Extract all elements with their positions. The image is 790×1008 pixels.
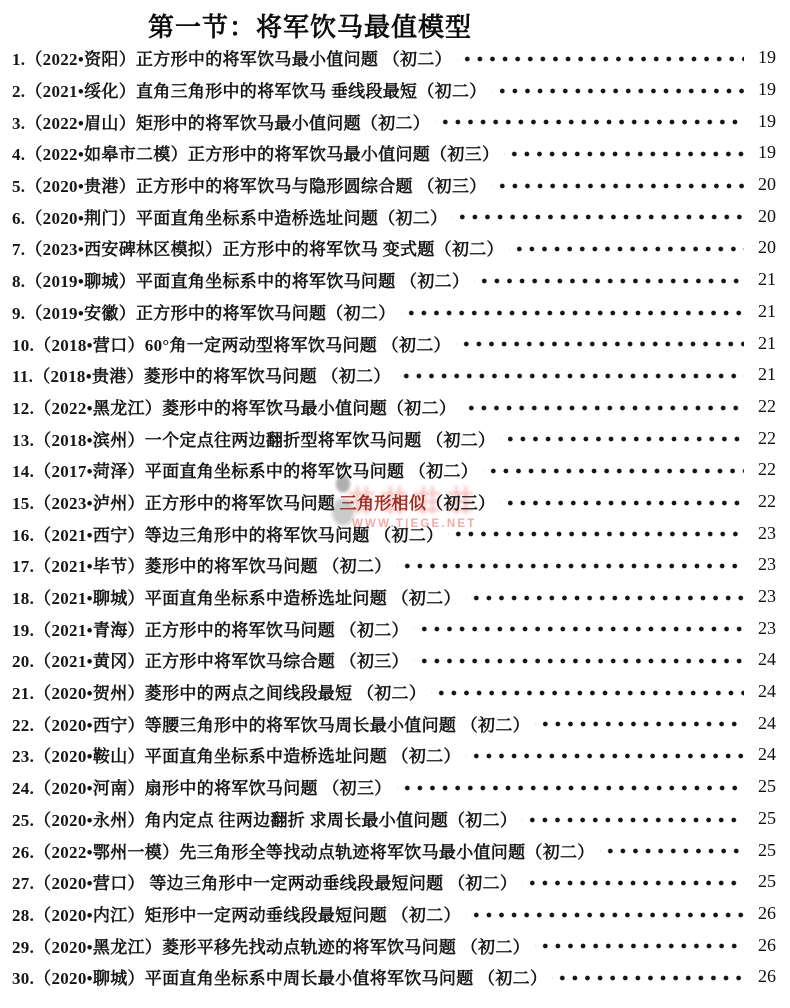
toc-entry: 25.（2020•永州）角内定点 往两边翻折 求周长最小值问题（初二）25 [12, 803, 776, 835]
page-number: 25 [750, 871, 776, 892]
toc-entry: 13.（2018•滨州）一个定点往两边翻折型将军饮马问题 （初二）22 [12, 422, 776, 454]
leader-dots [456, 327, 744, 359]
leader-dots [483, 454, 744, 486]
toc-entry: 2.（2021•绥化）直角三角形中的将军饮马 垂线段最短（初二）19 [12, 74, 776, 106]
toc-entry: 1.（2022•资阳）正方形中的将军饮马最小值问题 （初二）19 [12, 42, 776, 74]
leader-dots [396, 359, 744, 391]
page-number: 21 [750, 301, 776, 322]
toc-entry-text: 18.（2021•聊城）平面直角坐标系中造桥选址问题 （初二） [12, 584, 461, 609]
page-number: 21 [750, 364, 776, 385]
page-number: 22 [750, 459, 776, 480]
toc-entry: 16.（2021•西宁）等边三角形中的将军饮马问题 （初二）23 [12, 517, 776, 549]
toc-entry: 11.（2018•贵港）菱形中的将军饮马问题 （初二）21 [12, 359, 776, 391]
leader-dots [461, 391, 744, 423]
toc-entry: 4.（2022•如皋市二模）正方形中的将军饮马最小值问题（初三）19 [12, 137, 776, 169]
leader-dots [535, 707, 744, 739]
toc-entry: 18.（2021•聊城）平面直角坐标系中造桥选址问题 （初二）23 [12, 581, 776, 613]
toc-entry-text: 6.（2020•荆门）平面直角坐标系中造桥选址问题（初二） [12, 204, 447, 229]
toc-entry-text: 10.（2018•营口）60°角一定两动型将军饮马问题 （初二） [12, 331, 451, 356]
toc-page: 第一节：将军饮马最值模型 1.（2022•资阳）正方形中的将军饮马最小值问题 （… [0, 0, 790, 1008]
leader-dots [466, 581, 744, 613]
leader-dots [414, 612, 744, 644]
leader-dots [397, 771, 744, 803]
page-number: 24 [750, 681, 776, 702]
toc-entry-text: 17.（2021•毕节）菱形中的将军饮马问题 （初二） [12, 552, 392, 577]
leader-dots [457, 42, 744, 74]
page-number: 19 [750, 79, 776, 100]
leader-dots [522, 803, 744, 835]
toc-entry-text: 25.（2020•永州）角内定点 往两边翻折 求周长最小值问题（初二） [12, 806, 517, 831]
page-number: 20 [750, 237, 776, 258]
page-number: 21 [750, 269, 776, 290]
page-number: 22 [750, 491, 776, 512]
page-number: 26 [750, 903, 776, 924]
page-number: 24 [750, 713, 776, 734]
toc-entry: 10.（2018•营口）60°角一定两动型将军饮马问题 （初二）21 [12, 327, 776, 359]
page-number: 25 [750, 776, 776, 797]
toc-entry-text: 4.（2022•如皋市二模）正方形中的将军饮马最小值问题（初三） [12, 140, 499, 165]
toc-entry-text: 22.（2020•西宁）等腰三角形中的将军饮马周长最小值问题 （初二） [12, 711, 530, 736]
toc-entry-text: 23.（2020•鞍山）平面直角坐标系中造桥选址问题 （初二） [12, 742, 461, 767]
toc-list: 1.（2022•资阳）正方形中的将军饮马最小值问题 （初二）192.（2021•… [0, 42, 790, 993]
leader-dots [435, 105, 744, 137]
toc-entry-text: 19.（2021•青海）正方形中的将军饮马问题 （初二） [12, 616, 409, 641]
toc-entry-text: 12.（2022•黑龙江）菱形中的将军饮马最小值问题（初二） [12, 394, 456, 419]
leader-dots [474, 264, 744, 296]
leader-dots [535, 929, 744, 961]
page-number: 23 [750, 618, 776, 639]
toc-entry: 14.（2017•菏泽）平面直角坐标系中的将军饮马问题 （初二）22 [12, 454, 776, 486]
toc-entry-text: 24.（2020•河南）扇形中的将军饮马问题 （初三） [12, 774, 392, 799]
toc-entry-text: 16.（2021•西宁）等边三角形中的将军饮马问题 （初二） [12, 521, 443, 546]
leader-dots [600, 834, 744, 866]
toc-entry: 20.（2021•黄冈）正方形中将军饮马综合题 （初三）24 [12, 644, 776, 676]
page-number: 26 [750, 966, 776, 987]
page-number: 23 [750, 523, 776, 544]
leader-dots [492, 74, 744, 106]
page-number: 23 [750, 554, 776, 575]
toc-entry: 28.（2020•内江）矩形中一定两动垂线段最短问题 （初二）26 [12, 898, 776, 930]
page-number: 24 [750, 744, 776, 765]
toc-entry: 17.（2021•毕节）菱形中的将军饮马问题 （初二）23 [12, 549, 776, 581]
toc-entry: 29.（2020•黑龙江）菱形平移先找动点轨迹的将军饮马问题 （初二）26 [12, 929, 776, 961]
page-number: 26 [750, 935, 776, 956]
leader-dots [397, 549, 744, 581]
toc-entry-text: 14.（2017•菏泽）平面直角坐标系中的将军饮马问题 （初二） [12, 457, 478, 482]
toc-entry-text: 28.（2020•内江）矩形中一定两动垂线段最短问题 （初二） [12, 901, 461, 926]
toc-entry-text: 29.（2020•黑龙江）菱形平移先找动点轨迹的将军饮马问题 （初二） [12, 933, 530, 958]
page-number: 21 [750, 333, 776, 354]
leader-dots [401, 296, 744, 328]
leader-dots [500, 486, 744, 518]
leader-dots [492, 169, 744, 201]
toc-entry-text: 21.（2020•贺州）菱形中的两点之间线段最短 （初二） [12, 679, 426, 704]
leader-dots [452, 200, 744, 232]
toc-entry: 30.（2020•聊城）平面直角坐标系中周长最小值将军饮马问题 （初二）26 [12, 961, 776, 993]
toc-entry-text: 30.（2020•聊城）平面直角坐标系中周长最小值将军饮马问题 （初二） [12, 964, 547, 989]
leader-dots [504, 137, 744, 169]
toc-entry-text: 5.（2020•贵港）正方形中的将军饮马与隐形圆综合题 （初三） [12, 172, 487, 197]
toc-entry: 21.（2020•贺州）菱形中的两点之间线段最短 （初二）24 [12, 676, 776, 708]
page-number: 20 [750, 174, 776, 195]
leader-dots [522, 866, 744, 898]
toc-entry-text: 20.（2021•黄冈）正方形中将军饮马综合题 （初三） [12, 647, 409, 672]
leader-dots [500, 422, 744, 454]
toc-entry: 3.（2022•眉山）矩形中的将军饮马最小值问题（初二）19 [12, 105, 776, 137]
toc-entry: 8.（2019•聊城）平面直角坐标系中的将军饮马问题 （初二）21 [12, 264, 776, 296]
leader-dots [509, 232, 744, 264]
toc-entry-text: 7.（2023•西安碑林区模拟）正方形中的将军饮马 变式题（初二） [12, 235, 504, 260]
page-number: 25 [750, 840, 776, 861]
page-number: 19 [750, 47, 776, 68]
toc-entry-text: 13.（2018•滨州）一个定点往两边翻折型将军饮马问题 （初二） [12, 426, 495, 451]
toc-entry-text: 26.（2022•鄂州一模）先三角形全等找动点轨迹将军饮马最小值问题（初二） [12, 838, 595, 863]
leader-dots [431, 676, 744, 708]
page-number: 22 [750, 396, 776, 417]
leader-dots [466, 898, 744, 930]
toc-entry-text: 1.（2022•资阳）正方形中的将军饮马最小值问题 （初二） [12, 45, 452, 70]
toc-entry: 26.（2022•鄂州一模）先三角形全等找动点轨迹将军饮马最小值问题（初二）25 [12, 834, 776, 866]
page-number: 24 [750, 649, 776, 670]
page-title: 第一节：将军饮马最值模型 [0, 0, 790, 44]
toc-entry-text: 8.（2019•聊城）平面直角坐标系中的将军饮马问题 （初二） [12, 267, 469, 292]
page-number: 20 [750, 206, 776, 227]
toc-entry-text: 2.（2021•绥化）直角三角形中的将军饮马 垂线段最短（初二） [12, 77, 487, 102]
toc-entry-text: 3.（2022•眉山）矩形中的将军饮马最小值问题（初二） [12, 109, 430, 134]
toc-entry-text: 15.（2023•泸州）正方形中的将军饮马问题 三角形相似（初三） [12, 489, 495, 514]
toc-entry: 22.（2020•西宁）等腰三角形中的将军饮马周长最小值问题 （初二）24 [12, 707, 776, 739]
toc-entry: 15.（2023•泸州）正方形中的将军饮马问题 三角形相似（初三）22 [12, 486, 776, 518]
toc-entry: 6.（2020•荆门）平面直角坐标系中造桥选址问题（初二）20 [12, 200, 776, 232]
leader-dots [552, 961, 744, 993]
toc-entry: 9.（2019•安徽）正方形中的将军饮马问题（初二）21 [12, 296, 776, 328]
page-number: 25 [750, 808, 776, 829]
page-number: 19 [750, 111, 776, 132]
toc-entry-highlight: 三角形相似 [340, 494, 427, 513]
leader-dots [414, 644, 744, 676]
toc-entry: 7.（2023•西安碑林区模拟）正方形中的将军饮马 变式题（初二）20 [12, 232, 776, 264]
toc-entry: 24.（2020•河南）扇形中的将军饮马问题 （初三）25 [12, 771, 776, 803]
page-number: 22 [750, 428, 776, 449]
toc-entry: 19.（2021•青海）正方形中的将军饮马问题 （初二）23 [12, 612, 776, 644]
toc-entry-text: 27.（2020•营口） 等边三角形中一定两动垂线段最短问题 （初二） [12, 869, 517, 894]
page-number: 23 [750, 586, 776, 607]
toc-entry-text: 11.（2018•贵港）菱形中的将军饮马问题 （初二） [12, 362, 391, 387]
toc-entry: 27.（2020•营口） 等边三角形中一定两动垂线段最短问题 （初二）25 [12, 866, 776, 898]
leader-dots [448, 517, 744, 549]
toc-entry: 12.（2022•黑龙江）菱形中的将军饮马最小值问题（初二）22 [12, 391, 776, 423]
toc-entry: 23.（2020•鞍山）平面直角坐标系中造桥选址问题 （初二）24 [12, 739, 776, 771]
leader-dots [466, 739, 744, 771]
toc-entry: 5.（2020•贵港）正方形中的将军饮马与隐形圆综合题 （初三）20 [12, 169, 776, 201]
page-number: 19 [750, 142, 776, 163]
toc-entry-text: 9.（2019•安徽）正方形中的将军饮马问题（初二） [12, 299, 396, 324]
